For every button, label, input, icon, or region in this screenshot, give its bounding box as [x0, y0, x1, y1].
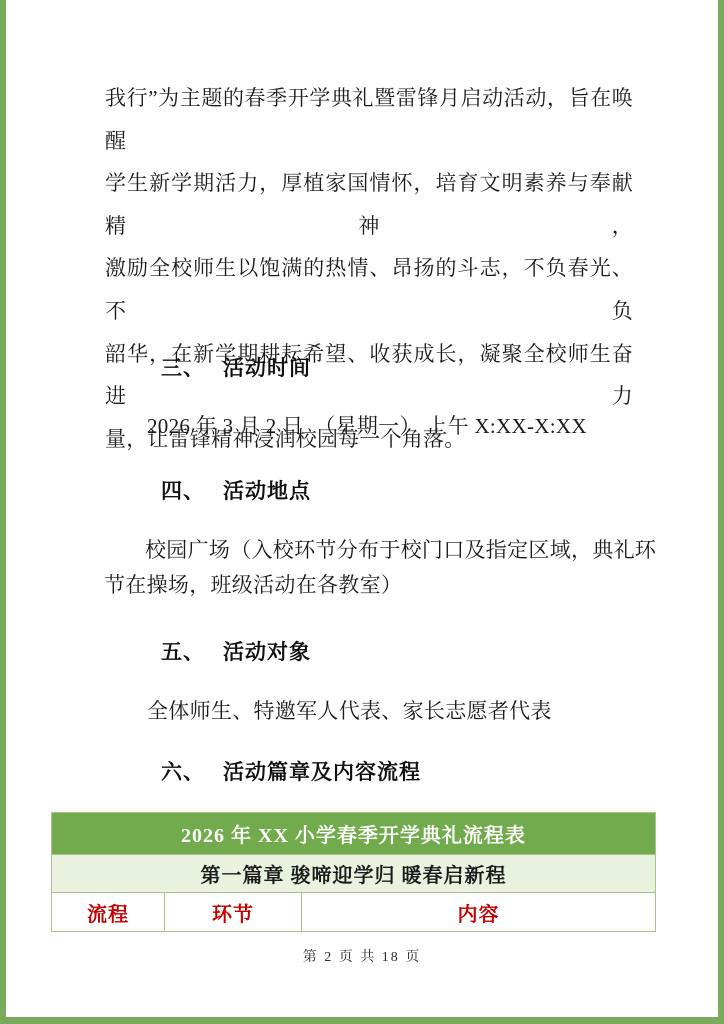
intro-paragraph: 我行”为主题的春季开学典礼暨雷锋月启动活动，旨在唤醒 学生新学期活力，厚植家国情… — [105, 77, 633, 460]
table-chapter-row: 第一篇章 骏啼迎学归 暖春启新程 — [52, 854, 655, 893]
section-title: 活动对象 — [223, 640, 311, 664]
document-page: { "document": { "paragraph_lines": [ "我行… — [0, 0, 724, 1024]
event-place-line-2: 节在操场，班级活动在各教室） — [104, 569, 402, 599]
table-title-row: 2026 年 XX 小学春季开学典礼流程表 — [52, 813, 655, 854]
column-header-content: 内容 — [302, 893, 655, 931]
event-date-line: 2026 年 3 月 2 日 （星期一） 上午 X:XX-X:XX — [147, 410, 587, 440]
event-audience-line: 全体师生、特邀军人代表、家长志愿者代表 — [147, 695, 552, 725]
ceremony-flow-table: 2026 年 XX 小学春季开学典礼流程表 第一篇章 骏啼迎学归 暖春启新程 流… — [51, 812, 656, 932]
paragraph-line: 学生新学期活力，厚植家国情怀，培育文明素养与奉献精神， — [105, 162, 633, 247]
section-heading-audience: 五、活动对象 — [161, 636, 311, 666]
section-title: 活动地点 — [223, 479, 311, 503]
column-header-process: 流程 — [52, 893, 165, 931]
section-heading-chapters: 六、活动篇章及内容流程 — [161, 756, 421, 786]
paragraph-line: 我行”为主题的春季开学典礼暨雷锋月启动活动，旨在唤醒 — [105, 77, 633, 162]
section-number: 五、 — [161, 640, 205, 664]
section-title: 活动篇章及内容流程 — [223, 760, 421, 784]
section-number: 六、 — [161, 760, 205, 784]
section-number: 四、 — [161, 479, 205, 503]
page-border-left — [0, 0, 6, 1024]
section-title: 活动时间 — [223, 356, 311, 380]
section-heading-time: 三、活动时间 — [161, 352, 311, 382]
page-number-footer: 第 2 页 共 18 页 — [0, 946, 724, 966]
page-border-right — [718, 0, 724, 1024]
event-place-line-1: 校园广场（入校环节分布于校门口及指定区域，典礼环 — [145, 534, 656, 564]
column-header-segment: 环节 — [165, 893, 302, 931]
table-column-header-row: 流程 环节 内容 — [52, 893, 655, 931]
section-number: 三、 — [161, 356, 205, 380]
paragraph-line: 激励全校师生以饱满的热情、昂扬的斗志，不负春光、不负 — [105, 247, 633, 332]
page-border-bottom — [0, 1017, 724, 1024]
section-heading-place: 四、活动地点 — [161, 475, 311, 505]
